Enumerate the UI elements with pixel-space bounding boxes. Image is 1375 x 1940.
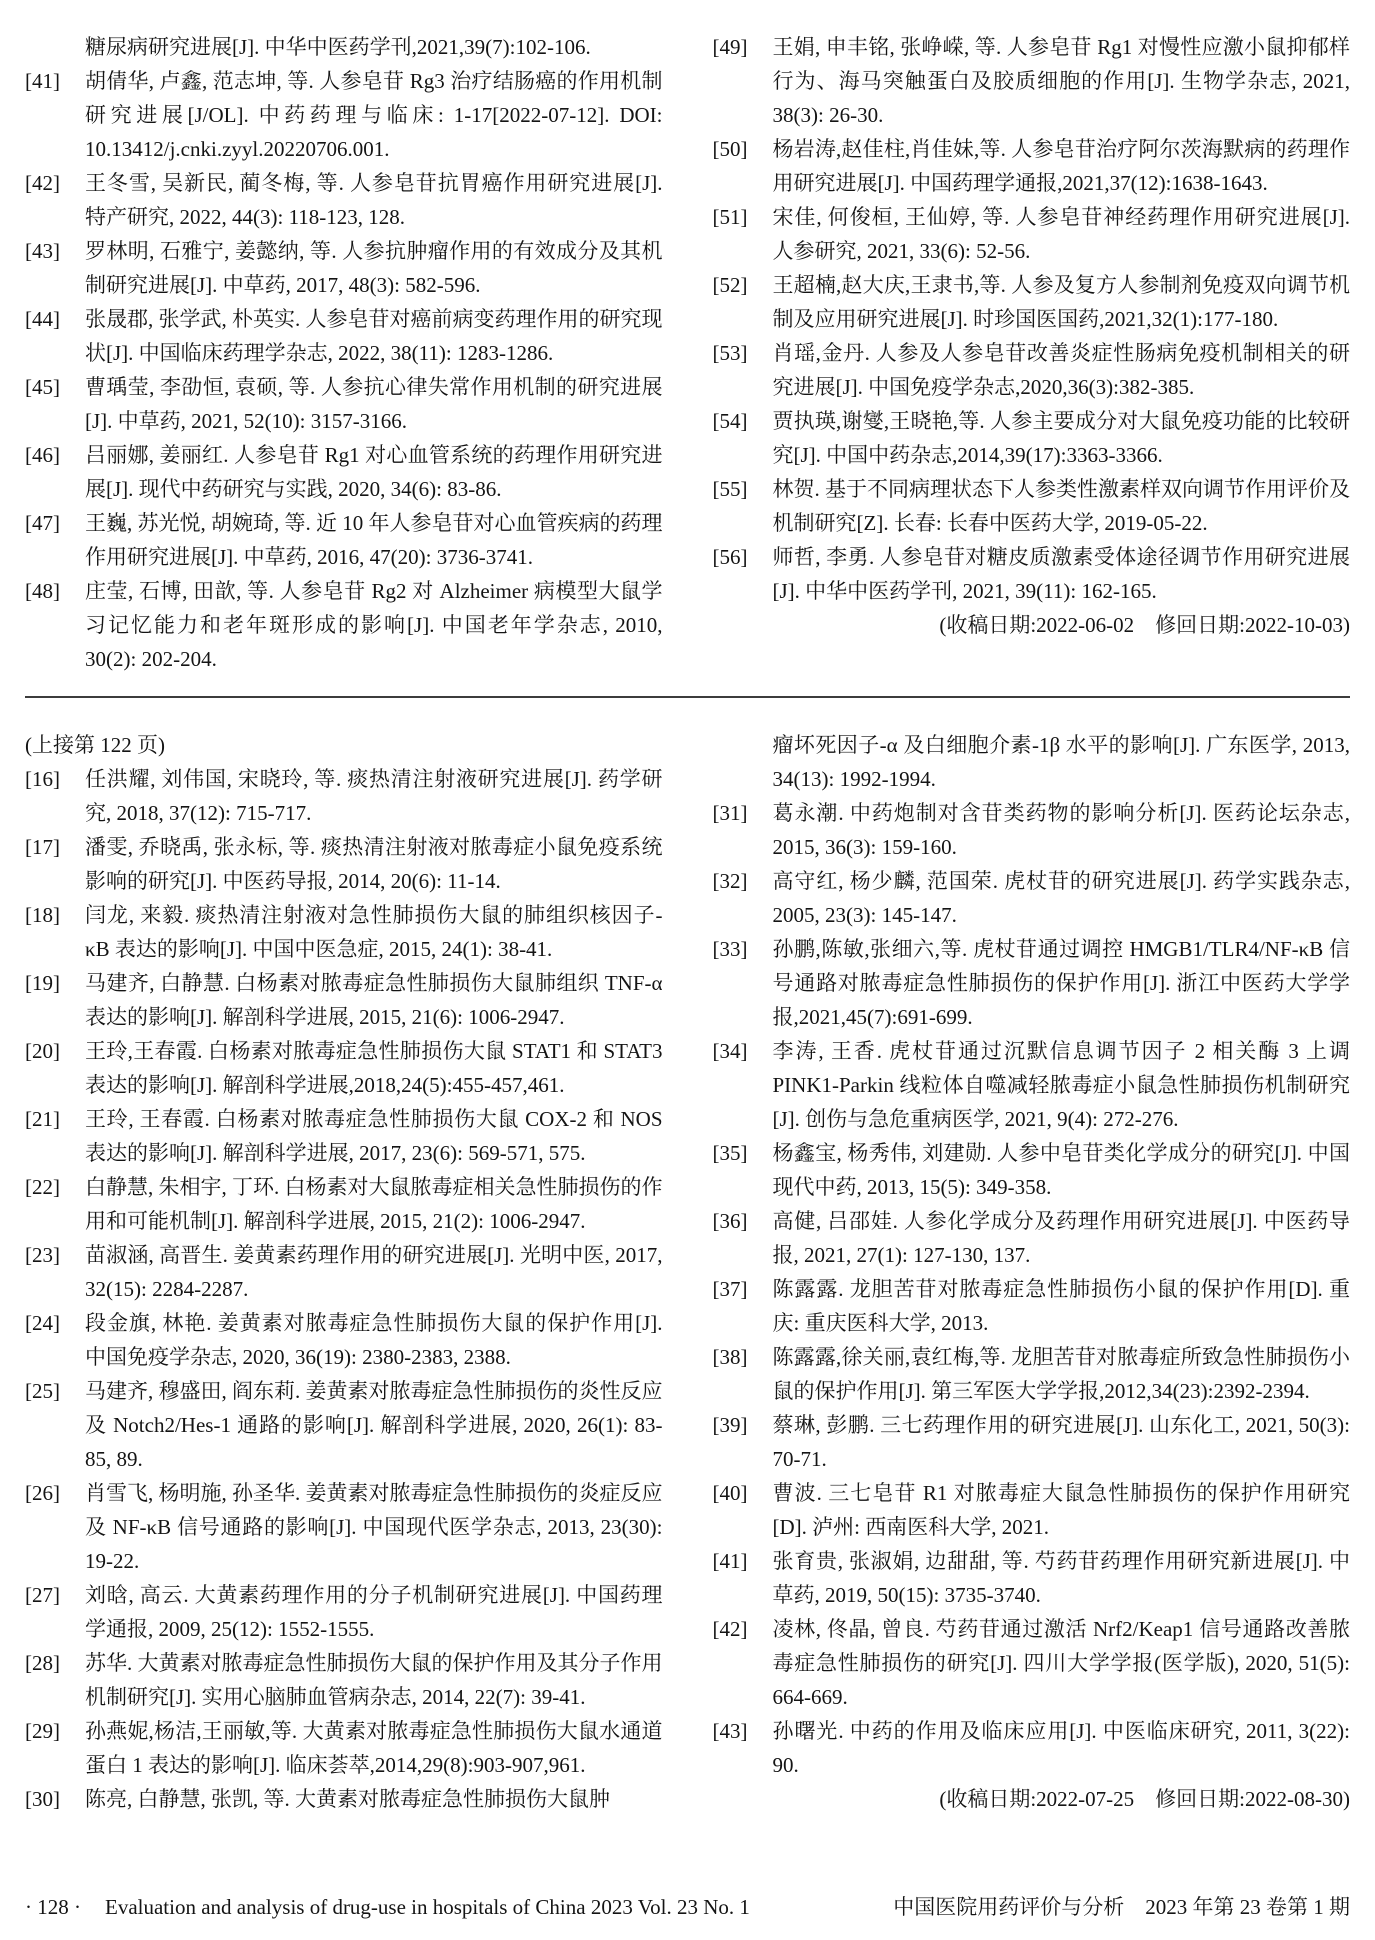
reference-number: [41] [25, 64, 85, 166]
reference-number: [32] [713, 864, 773, 932]
reference-text: 张晟郡, 张学武, 朴英实. 人参皂苷对癌前病变药理作用的研究现状[J]. 中国… [85, 302, 663, 370]
reference-text: 罗林明, 石雅宁, 姜懿纳, 等. 人参抗肿瘤作用的有效成分及其机制研究进展[J… [85, 234, 663, 302]
reference-number: [27] [25, 1578, 85, 1646]
reference-item: [54] 贾执瑛,谢燮,王晓艳,等. 人参主要成分对大鼠免疫功能的比较研究[J]… [713, 404, 1351, 472]
reference-text: 马建齐, 白静慧. 白杨素对脓毒症急性肺损伤大鼠肺组织 TNF-α 表达的影响[… [85, 966, 663, 1034]
reference-item: [51] 宋佳, 何俊桓, 王仙婷, 等. 人参皂苷神经药理作用研究进展[J].… [713, 200, 1351, 268]
reference-text: 庄莹, 石博, 田歆, 等. 人参皂苷 Rg2 对 Alzheimer 病模型大… [85, 574, 663, 676]
reference-number: [51] [713, 200, 773, 268]
reference-item: [38] 陈露露,徐关丽,袁红梅,等. 龙胆苦苷对脓毒症所致急性肺损伤小鼠的保护… [713, 1340, 1351, 1408]
reference-item: [50] 杨岩涛,赵佳柱,肖佳妹,等. 人参皂苷治疗阿尔茨海默病的药理作用研究进… [713, 132, 1351, 200]
page-footer: · 128 · Evaluation and analysis of drug-… [25, 1890, 1350, 1924]
reference-item: [21] 王玲, 王春霞. 白杨素对脓毒症急性肺损伤大鼠 COX-2 和 NOS… [25, 1102, 663, 1170]
reference-text: 高守红, 杨少麟, 范国荣. 虎杖苷的研究进展[J]. 药学实践杂志, 2005… [773, 864, 1351, 932]
reference-text: 李涛, 王香. 虎杖苷通过沉默信息调节因子 2 相关酶 3 上调 PINK1-P… [773, 1034, 1351, 1136]
reference-text: 凌林, 佟晶, 曾良. 芍药苷通过激活 Nrf2/Keap1 信号通路改善脓毒症… [773, 1612, 1351, 1714]
reference-number: [29] [25, 1714, 85, 1782]
reference-number: [16] [25, 762, 85, 830]
reference-number: [43] [25, 234, 85, 302]
reference-item: [30] 陈亮, 白静慧, 张凯, 等. 大黄素对脓毒症急性肺损伤大鼠肿 [25, 1782, 663, 1816]
reference-item: [40] 曹波. 三七皂苷 R1 对脓毒症大鼠急性肺损伤的保护作用研究[D]. … [713, 1476, 1351, 1544]
bottom-left-column: (上接第 122 页) [16] 任洪耀, 刘伟国, 宋晓玲, 等. 痰热清注射… [25, 728, 663, 1816]
reference-text: 高健, 吕邵娃. 人参化学成分及药理作用研究进展[J]. 中医药导报, 2021… [773, 1204, 1351, 1272]
reference-number: [37] [713, 1272, 773, 1340]
reference-item: [19] 马建齐, 白静慧. 白杨素对脓毒症急性肺损伤大鼠肺组织 TNF-α 表… [25, 966, 663, 1034]
reference-number: [38] [713, 1340, 773, 1408]
reference-number: [17] [25, 830, 85, 898]
reference-text: 张育贵, 张淑娟, 边甜甜, 等. 芍药苷药理作用研究新进展[J]. 中草药, … [773, 1544, 1351, 1612]
reference-text: 白静慧, 朱相宇, 丁环. 白杨素对大鼠脓毒症相关急性肺损伤的作用和可能机制[J… [85, 1170, 663, 1238]
reference-item: [46] 吕丽娜, 姜丽红. 人参皂苷 Rg1 对心血管系统的药理作用研究进展[… [25, 438, 663, 506]
reference-text: 曹瑀莹, 李劭恒, 袁硕, 等. 人参抗心律失常作用机制的研究进展[J]. 中草… [85, 370, 663, 438]
reference-text: 师哲, 李勇. 人参皂苷对糖皮质激素受体途径调节作用研究进展[J]. 中华中医药… [773, 540, 1351, 608]
reference-number: [44] [25, 302, 85, 370]
reference-item: [27] 刘晗, 高云. 大黄素药理作用的分子机制研究进展[J]. 中国药理学通… [25, 1578, 663, 1646]
reference-text: 吕丽娜, 姜丽红. 人参皂苷 Rg1 对心血管系统的药理作用研究进展[J]. 现… [85, 438, 663, 506]
reference-item: [49] 王娟, 申丰铭, 张峥嵘, 等. 人参皂苷 Rg1 对慢性应激小鼠抑郁… [713, 30, 1351, 132]
reference-number: [54] [713, 404, 773, 472]
received-revised-dates: (收稿日期:2022-06-02 修回日期:2022-10-03) [713, 608, 1351, 642]
reference-item: [52] 王超楠,赵大庆,王隶书,等. 人参及复方人参制剂免疫双向调节机制及应用… [713, 268, 1351, 336]
reference-text: 王玲,王春霞. 白杨素对脓毒症急性肺损伤大鼠 STAT1 和 STAT3 表达的… [85, 1034, 663, 1102]
reference-item: [22] 白静慧, 朱相宇, 丁环. 白杨素对大鼠脓毒症相关急性肺损伤的作用和可… [25, 1170, 663, 1238]
reference-text: 孙鹏,陈敏,张细六,等. 虎杖苷通过调控 HMGB1/TLR4/NF-κB 信号… [773, 932, 1351, 1034]
reference-number: [19] [25, 966, 85, 1034]
reference-number: [53] [713, 336, 773, 404]
reference-item: [17] 潘雯, 乔晓禹, 张永标, 等. 痰热清注射液对脓毒症小鼠免疫系统影响… [25, 830, 663, 898]
reference-text: 蔡琳, 彭鹏. 三七药理作用的研究进展[J]. 山东化工, 2021, 50(3… [773, 1408, 1351, 1476]
reference-text: 孙曙光. 中药的作用及临床应用[J]. 中医临床研究, 2011, 3(22):… [773, 1714, 1351, 1782]
reference-text: 任洪耀, 刘伟国, 宋晓玲, 等. 痰热清注射液研究进展[J]. 药学研究, 2… [85, 762, 663, 830]
reference-list: [49] 王娟, 申丰铭, 张峥嵘, 等. 人参皂苷 Rg1 对慢性应激小鼠抑郁… [713, 30, 1351, 608]
reference-number: [56] [713, 540, 773, 608]
reference-item: [24] 段金旗, 林艳. 姜黄素对脓毒症急性肺损伤大鼠的保护作用[J]. 中国… [25, 1306, 663, 1374]
reference-text: 段金旗, 林艳. 姜黄素对脓毒症急性肺损伤大鼠的保护作用[J]. 中国免疫学杂志… [85, 1306, 663, 1374]
reference-number: [41] [713, 1544, 773, 1612]
footer-left: · 128 · Evaluation and analysis of drug-… [25, 1890, 750, 1924]
reference-list: [41] 胡倩华, 卢鑫, 范志坤, 等. 人参皂苷 Rg3 治疗结肠癌的作用机… [25, 64, 663, 676]
reference-item: [36] 高健, 吕邵娃. 人参化学成分及药理作用研究进展[J]. 中医药导报,… [713, 1204, 1351, 1272]
bottom-reference-section: (上接第 122 页) [16] 任洪耀, 刘伟国, 宋晓玲, 等. 痰热清注射… [25, 728, 1350, 1816]
reference-text: 杨鑫宝, 杨秀伟, 刘建勋. 人参中皂苷类化学成分的研究[J]. 中国现代中药,… [773, 1136, 1351, 1204]
reference-item: [31] 葛永潮. 中药炮制对含苷类药物的影响分析[J]. 医药论坛杂志, 20… [713, 796, 1351, 864]
reference-number: [46] [25, 438, 85, 506]
reference-number: [42] [25, 166, 85, 234]
carryover-line: 糖尿病研究进展[J]. 中华中医药学刊,2021,39(7):102-106. [85, 30, 663, 64]
reference-item: [56] 师哲, 李勇. 人参皂苷对糖皮质激素受体途径调节作用研究进展[J]. … [713, 540, 1351, 608]
reference-text: 葛永潮. 中药炮制对含苷类药物的影响分析[J]. 医药论坛杂志, 2015, 3… [773, 796, 1351, 864]
reference-item: [39] 蔡琳, 彭鹏. 三七药理作用的研究进展[J]. 山东化工, 2021,… [713, 1408, 1351, 1476]
reference-number: [43] [713, 1714, 773, 1782]
received-revised-dates: (收稿日期:2022-07-25 修回日期:2022-08-30) [713, 1782, 1351, 1816]
reference-text: 肖雪飞, 杨明施, 孙圣华. 姜黄素对脓毒症急性肺损伤的炎症反应及 NF-κB … [85, 1476, 663, 1578]
reference-item: [34] 李涛, 王香. 虎杖苷通过沉默信息调节因子 2 相关酶 3 上调 PI… [713, 1034, 1351, 1136]
journal-title-chinese: 中国医院用药评价与分析 2023 年第 23 卷第 1 期 [893, 1890, 1350, 1924]
reference-number: [36] [713, 1204, 773, 1272]
journal-page: 糖尿病研究进展[J]. 中华中医药学刊,2021,39(7):102-106. … [0, 0, 1375, 1940]
reference-text: 苏华. 大黄素对脓毒症急性肺损伤大鼠的保护作用及其分子作用机制研究[J]. 实用… [85, 1646, 663, 1714]
reference-number: [55] [713, 472, 773, 540]
page-number: · 128 · [25, 1890, 81, 1924]
reference-text: 曹波. 三七皂苷 R1 对脓毒症大鼠急性肺损伤的保护作用研究[D]. 泸州: 西… [773, 1476, 1351, 1544]
reference-item: [37] 陈露露. 龙胆苦苷对脓毒症急性肺损伤小鼠的保护作用[D]. 重庆: 重… [713, 1272, 1351, 1340]
reference-item: [23] 苗淑涵, 高晋生. 姜黄素药理作用的研究进展[J]. 光明中医, 20… [25, 1238, 663, 1306]
reference-text: 陈露露. 龙胆苦苷对脓毒症急性肺损伤小鼠的保护作用[D]. 重庆: 重庆医科大学… [773, 1272, 1351, 1340]
reference-item: [29] 孙燕妮,杨洁,王丽敏,等. 大黄素对脓毒症急性肺损伤大鼠水通道蛋白 1… [25, 1714, 663, 1782]
reference-number: [48] [25, 574, 85, 676]
reference-text: 苗淑涵, 高晋生. 姜黄素药理作用的研究进展[J]. 光明中医, 2017, 3… [85, 1238, 663, 1306]
reference-item: [20] 王玲,王春霞. 白杨素对脓毒症急性肺损伤大鼠 STAT1 和 STAT… [25, 1034, 663, 1102]
reference-text: 胡倩华, 卢鑫, 范志坤, 等. 人参皂苷 Rg3 治疗结肠癌的作用机制研究进展… [85, 64, 663, 166]
reference-text: 陈亮, 白静慧, 张凯, 等. 大黄素对脓毒症急性肺损伤大鼠肿 [85, 1782, 663, 1816]
reference-text: 王超楠,赵大庆,王隶书,等. 人参及复方人参制剂免疫双向调节机制及应用研究进展[… [773, 268, 1351, 336]
reference-text: 杨岩涛,赵佳柱,肖佳妹,等. 人参皂苷治疗阿尔茨海默病的药理作用研究进展[J].… [773, 132, 1351, 200]
carryover-line: 瘤坏死因子-α 及白细胞介素-1β 水平的影响[J]. 广东医学, 2013, … [773, 728, 1351, 796]
reference-text: 王娟, 申丰铭, 张峥嵘, 等. 人参皂苷 Rg1 对慢性应激小鼠抑郁样行为、海… [773, 30, 1351, 132]
reference-text: 宋佳, 何俊桓, 王仙婷, 等. 人参皂苷神经药理作用研究进展[J]. 人参研究… [773, 200, 1351, 268]
reference-item: [35] 杨鑫宝, 杨秀伟, 刘建勋. 人参中皂苷类化学成分的研究[J]. 中国… [713, 1136, 1351, 1204]
reference-number: [40] [713, 1476, 773, 1544]
bottom-right-column: 瘤坏死因子-α 及白细胞介素-1β 水平的影响[J]. 广东医学, 2013, … [713, 728, 1351, 1816]
reference-number: [26] [25, 1476, 85, 1578]
reference-item: [26] 肖雪飞, 杨明施, 孙圣华. 姜黄素对脓毒症急性肺损伤的炎症反应及 N… [25, 1476, 663, 1578]
reference-number: [22] [25, 1170, 85, 1238]
reference-number: [33] [713, 932, 773, 1034]
reference-number: [18] [25, 898, 85, 966]
reference-item: [47] 王巍, 苏光悦, 胡婉琦, 等. 近 10 年人参皂苷对心血管疾病的药… [25, 506, 663, 574]
reference-item: [43] 孙曙光. 中药的作用及临床应用[J]. 中医临床研究, 2011, 3… [713, 1714, 1351, 1782]
reference-item: [32] 高守红, 杨少麟, 范国荣. 虎杖苷的研究进展[J]. 药学实践杂志,… [713, 864, 1351, 932]
reference-item: [41] 胡倩华, 卢鑫, 范志坤, 等. 人参皂苷 Rg3 治疗结肠癌的作用机… [25, 64, 663, 166]
reference-number: [47] [25, 506, 85, 574]
reference-number: [35] [713, 1136, 773, 1204]
reference-list: [16] 任洪耀, 刘伟国, 宋晓玲, 等. 痰热清注射液研究进展[J]. 药学… [25, 762, 663, 1816]
reference-text: 潘雯, 乔晓禹, 张永标, 等. 痰热清注射液对脓毒症小鼠免疫系统影响的研究[J… [85, 830, 663, 898]
reference-text: 贾执瑛,谢燮,王晓艳,等. 人参主要成分对大鼠免疫功能的比较研究[J]. 中国中… [773, 404, 1351, 472]
reference-item: [16] 任洪耀, 刘伟国, 宋晓玲, 等. 痰热清注射液研究进展[J]. 药学… [25, 762, 663, 830]
reference-number: [25] [25, 1374, 85, 1476]
reference-number: [50] [713, 132, 773, 200]
reference-item: [41] 张育贵, 张淑娟, 边甜甜, 等. 芍药苷药理作用研究新进展[J]. … [713, 1544, 1351, 1612]
reference-item: [43] 罗林明, 石雅宁, 姜懿纳, 等. 人参抗肿瘤作用的有效成分及其机制研… [25, 234, 663, 302]
top-right-column: [49] 王娟, 申丰铭, 张峥嵘, 等. 人参皂苷 Rg1 对慢性应激小鼠抑郁… [713, 30, 1351, 676]
reference-number: [28] [25, 1646, 85, 1714]
reference-item: [25] 马建齐, 穆盛田, 阎东莉. 姜黄素对脓毒症急性肺损伤的炎性反应及 N… [25, 1374, 663, 1476]
reference-number: [49] [713, 30, 773, 132]
reference-text: 陈露露,徐关丽,袁红梅,等. 龙胆苦苷对脓毒症所致急性肺损伤小鼠的保护作用[J]… [773, 1340, 1351, 1408]
reference-number: [20] [25, 1034, 85, 1102]
top-left-column: 糖尿病研究进展[J]. 中华中医药学刊,2021,39(7):102-106. … [25, 30, 663, 676]
reference-item: [18] 闫龙, 来毅. 痰热清注射液对急性肺损伤大鼠的肺组织核因子-κB 表达… [25, 898, 663, 966]
continued-from-note: (上接第 122 页) [25, 728, 663, 762]
reference-number: [34] [713, 1034, 773, 1136]
reference-item: [55] 林贺. 基于不同病理状态下人参类性激素样双向调节作用评价及机制研究[Z… [713, 472, 1351, 540]
reference-text: 马建齐, 穆盛田, 阎东莉. 姜黄素对脓毒症急性肺损伤的炎性反应及 Notch2… [85, 1374, 663, 1476]
reference-item: [42] 凌林, 佟晶, 曾良. 芍药苷通过激活 Nrf2/Keap1 信号通路… [713, 1612, 1351, 1714]
reference-item: [33] 孙鹏,陈敏,张细六,等. 虎杖苷通过调控 HMGB1/TLR4/NF-… [713, 932, 1351, 1034]
journal-title-english: Evaluation and analysis of drug-use in h… [105, 1890, 750, 1924]
top-reference-section: 糖尿病研究进展[J]. 中华中医药学刊,2021,39(7):102-106. … [25, 30, 1350, 676]
reference-text: 王巍, 苏光悦, 胡婉琦, 等. 近 10 年人参皂苷对心血管疾病的药理作用研究… [85, 506, 663, 574]
reference-number: [42] [713, 1612, 773, 1714]
reference-number: [30] [25, 1782, 85, 1816]
reference-text: 王玲, 王春霞. 白杨素对脓毒症急性肺损伤大鼠 COX-2 和 NOS 表达的影… [85, 1102, 663, 1170]
section-divider [25, 696, 1350, 698]
reference-number: [45] [25, 370, 85, 438]
reference-item: [53] 肖瑶,金丹. 人参及人参皂苷改善炎症性肠病免疫机制相关的研究进展[J]… [713, 336, 1351, 404]
reference-number: [52] [713, 268, 773, 336]
reference-text: 闫龙, 来毅. 痰热清注射液对急性肺损伤大鼠的肺组织核因子-κB 表达的影响[J… [85, 898, 663, 966]
reference-text: 林贺. 基于不同病理状态下人参类性激素样双向调节作用评价及机制研究[Z]. 长春… [773, 472, 1351, 540]
reference-item: [44] 张晟郡, 张学武, 朴英实. 人参皂苷对癌前病变药理作用的研究现状[J… [25, 302, 663, 370]
reference-item: [45] 曹瑀莹, 李劭恒, 袁硕, 等. 人参抗心律失常作用机制的研究进展[J… [25, 370, 663, 438]
reference-text: 孙燕妮,杨洁,王丽敏,等. 大黄素对脓毒症急性肺损伤大鼠水通道蛋白 1 表达的影… [85, 1714, 663, 1782]
reference-list: [31] 葛永潮. 中药炮制对含苷类药物的影响分析[J]. 医药论坛杂志, 20… [713, 796, 1351, 1782]
reference-item: [42] 王冬雪, 吴新民, 蔺冬梅, 等. 人参皂苷抗胃癌作用研究进展[J].… [25, 166, 663, 234]
reference-number: [24] [25, 1306, 85, 1374]
reference-number: [39] [713, 1408, 773, 1476]
reference-number: [23] [25, 1238, 85, 1306]
reference-item: [48] 庄莹, 石博, 田歆, 等. 人参皂苷 Rg2 对 Alzheimer… [25, 574, 663, 676]
reference-text: 肖瑶,金丹. 人参及人参皂苷改善炎症性肠病免疫机制相关的研究进展[J]. 中国免… [773, 336, 1351, 404]
reference-item: [28] 苏华. 大黄素对脓毒症急性肺损伤大鼠的保护作用及其分子作用机制研究[J… [25, 1646, 663, 1714]
reference-number: [31] [713, 796, 773, 864]
reference-text: 刘晗, 高云. 大黄素药理作用的分子机制研究进展[J]. 中国药理学通报, 20… [85, 1578, 663, 1646]
reference-text: 王冬雪, 吴新民, 蔺冬梅, 等. 人参皂苷抗胃癌作用研究进展[J]. 特产研究… [85, 166, 663, 234]
reference-number: [21] [25, 1102, 85, 1170]
